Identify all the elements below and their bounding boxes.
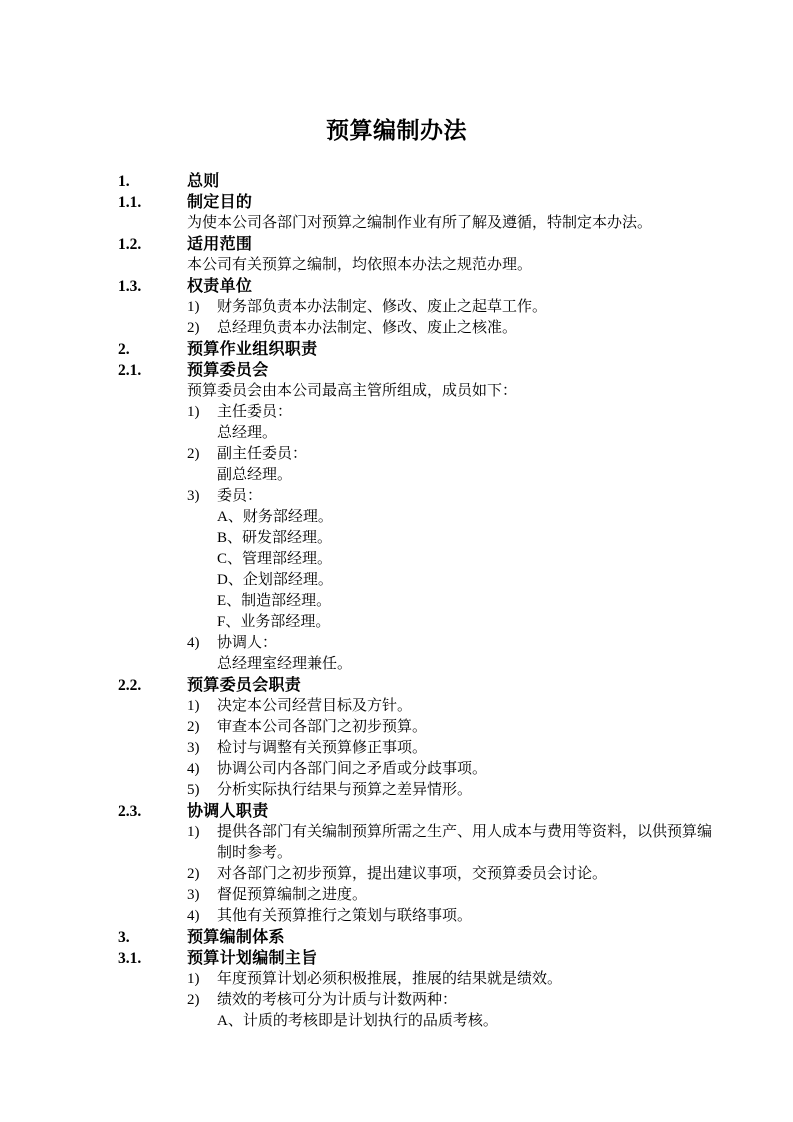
line-text: 权责单位 — [187, 276, 252, 297]
document-line: B、研发部经理。 — [118, 528, 703, 549]
document-line: 为使本公司各部门对预算之编制作业有所了解及遵循，特制定本办法。 — [118, 213, 703, 234]
document-line: 2.2. 预算委员会职责 — [118, 675, 703, 696]
line-text: 制时参考。 — [217, 843, 292, 864]
line-text: D、企划部经理。 — [217, 570, 333, 591]
line-text: 其他有关预算推行之策划与联络事项。 — [217, 906, 472, 927]
line-number: 1) — [187, 297, 217, 318]
line-number: 1. — [118, 171, 187, 192]
document-line: 1) 主任委员： — [118, 402, 703, 423]
line-text: 总经理。 — [217, 423, 277, 444]
line-number: 1) — [187, 822, 217, 843]
line-text: 预算委员会职责 — [187, 675, 301, 696]
line-text: 绩效的考核可分为计质与计数两种： — [217, 990, 457, 1011]
line-number: 4) — [187, 906, 217, 927]
document-line: A、计质的考核即是计划执行的品质考核。 — [118, 1011, 703, 1032]
line-text: F、业务部经理。 — [217, 612, 330, 633]
line-number: 2) — [187, 864, 217, 885]
document-line: 2.3. 协调人职责 — [118, 801, 703, 822]
document-line: 1) 提供各部门有关编制预算所需之生产、用人成本与费用等资料，以供预算编 — [118, 822, 703, 843]
line-text: 对各部门之初步预算，提出建议事项，交预算委员会讨论。 — [217, 864, 607, 885]
document-line: 预算委员会由本公司最高主管所组成，成员如下： — [118, 381, 703, 402]
document-line: 1. 总则 — [118, 171, 703, 192]
document-line: 3.1. 预算计划编制主旨 — [118, 948, 703, 969]
document-title: 预算编制办法 — [0, 116, 793, 146]
line-text: 制定目的 — [187, 192, 252, 213]
document-line: 总经理室经理兼任。 — [118, 654, 703, 675]
line-number: 1.3. — [118, 276, 187, 297]
document-line: 4) 协调人： — [118, 633, 703, 654]
line-text: 分析实际执行结果与预算之差异情形。 — [217, 780, 472, 801]
line-text: 副主任委员： — [217, 444, 307, 465]
line-text: A、财务部经理。 — [217, 507, 333, 528]
document-line: C、管理部经理。 — [118, 549, 703, 570]
document-line: 1.3. 权责单位 — [118, 276, 703, 297]
line-number: 4) — [187, 759, 217, 780]
document-line: 3) 督促预算编制之进度。 — [118, 885, 703, 906]
line-number: 2.1. — [118, 360, 187, 381]
line-text: 协调公司内各部门间之矛盾或分歧事项。 — [217, 759, 487, 780]
line-number: 2) — [187, 990, 217, 1011]
line-number: 1) — [187, 969, 217, 990]
line-text: C、管理部经理。 — [217, 549, 332, 570]
line-text: 总经理负责本办法制定、修改、废止之核准。 — [217, 318, 517, 339]
document-line: 本公司有关预算之编制，均依照本办法之规范办理。 — [118, 255, 703, 276]
document-line: 总经理。 — [118, 423, 703, 444]
document-line: D、企划部经理。 — [118, 570, 703, 591]
line-number: 2) — [187, 444, 217, 465]
line-text: 检讨与调整有关预算修正事项。 — [217, 738, 427, 759]
document-lines: 1. 总则 1.1. 制定目的 为使本公司各部门对预算之编制作业有所了解及遵循，… — [0, 171, 793, 1032]
line-text: 提供各部门有关编制预算所需之生产、用人成本与费用等资料，以供预算编 — [217, 822, 712, 843]
document-line: 1) 决定本公司经营目标及方针。 — [118, 696, 703, 717]
line-number: 5) — [187, 780, 217, 801]
line-text: 预算编制体系 — [187, 927, 285, 948]
document-page: 预算编制办法 1. 总则 1.1. 制定目的 为使本公司各部门对预算之编制作业有… — [0, 0, 793, 1122]
line-text: 为使本公司各部门对预算之编制作业有所了解及遵循，特制定本办法。 — [187, 213, 652, 234]
line-number: 3) — [187, 738, 217, 759]
line-number: 2. — [118, 339, 187, 360]
document-line: 3. 预算编制体系 — [118, 927, 703, 948]
line-text: 预算计划编制主旨 — [187, 948, 317, 969]
line-text: 预算委员会 — [187, 360, 269, 381]
line-text: 财务部负责本办法制定、修改、废止之起草工作。 — [217, 297, 547, 318]
line-text: 审查本公司各部门之初步预算。 — [217, 717, 427, 738]
line-text: A、计质的考核即是计划执行的品质考核。 — [217, 1011, 498, 1032]
line-number: 3. — [118, 927, 187, 948]
line-text: E、制造部经理。 — [217, 591, 331, 612]
line-text: 督促预算编制之进度。 — [217, 885, 367, 906]
line-number: 3) — [187, 885, 217, 906]
line-number: 2) — [187, 318, 217, 339]
line-text: 委员： — [217, 486, 262, 507]
document-line: 2.1. 预算委员会 — [118, 360, 703, 381]
document-line: 2) 对各部门之初步预算，提出建议事项，交预算委员会讨论。 — [118, 864, 703, 885]
document-line: 2) 总经理负责本办法制定、修改、废止之核准。 — [118, 318, 703, 339]
document-line: 4) 协调公司内各部门间之矛盾或分歧事项。 — [118, 759, 703, 780]
document-line: E、制造部经理。 — [118, 591, 703, 612]
document-line: 1) 财务部负责本办法制定、修改、废止之起草工作。 — [118, 297, 703, 318]
line-text: 决定本公司经营目标及方针。 — [217, 696, 412, 717]
line-number: 1.2. — [118, 234, 187, 255]
document-line: 3) 委员： — [118, 486, 703, 507]
document-line: 2. 预算作业组织职责 — [118, 339, 703, 360]
document-line: 副总经理。 — [118, 465, 703, 486]
line-number: 1.1. — [118, 192, 187, 213]
document-line: 2) 审查本公司各部门之初步预算。 — [118, 717, 703, 738]
document-line: 2) 绩效的考核可分为计质与计数两种： — [118, 990, 703, 1011]
document-line: F、业务部经理。 — [118, 612, 703, 633]
line-number: 3) — [187, 486, 217, 507]
document-line: A、财务部经理。 — [118, 507, 703, 528]
document-line: 制时参考。 — [118, 843, 703, 864]
line-number: 1) — [187, 696, 217, 717]
line-number: 3.1. — [118, 948, 187, 969]
document-line: 1) 年度预算计划必须积极推展，推展的结果就是绩效。 — [118, 969, 703, 990]
line-number: 2.2. — [118, 675, 187, 696]
document-line: 4) 其他有关预算推行之策划与联络事项。 — [118, 906, 703, 927]
document-line: 1.2. 适用范围 — [118, 234, 703, 255]
document-line: 5) 分析实际执行结果与预算之差异情形。 — [118, 780, 703, 801]
line-text: 总则 — [187, 171, 220, 192]
document-line: 1.1. 制定目的 — [118, 192, 703, 213]
line-text: 协调人职责 — [187, 801, 269, 822]
line-number: 4) — [187, 633, 217, 654]
line-text: B、研发部经理。 — [217, 528, 332, 549]
line-number: 1) — [187, 402, 217, 423]
line-text: 预算作业组织职责 — [187, 339, 317, 360]
line-text: 主任委员： — [217, 402, 292, 423]
line-text: 协调人： — [217, 633, 277, 654]
line-number: 2) — [187, 717, 217, 738]
line-text: 适用范围 — [187, 234, 252, 255]
line-text: 本公司有关预算之编制，均依照本办法之规范办理。 — [187, 255, 532, 276]
line-text: 年度预算计划必须积极推展，推展的结果就是绩效。 — [217, 969, 562, 990]
document-line: 2) 副主任委员： — [118, 444, 703, 465]
line-text: 副总经理。 — [217, 465, 292, 486]
line-text: 总经理室经理兼任。 — [217, 654, 352, 675]
line-text: 预算委员会由本公司最高主管所组成，成员如下： — [187, 381, 517, 402]
line-number: 2.3. — [118, 801, 187, 822]
document-line: 3) 检讨与调整有关预算修正事项。 — [118, 738, 703, 759]
